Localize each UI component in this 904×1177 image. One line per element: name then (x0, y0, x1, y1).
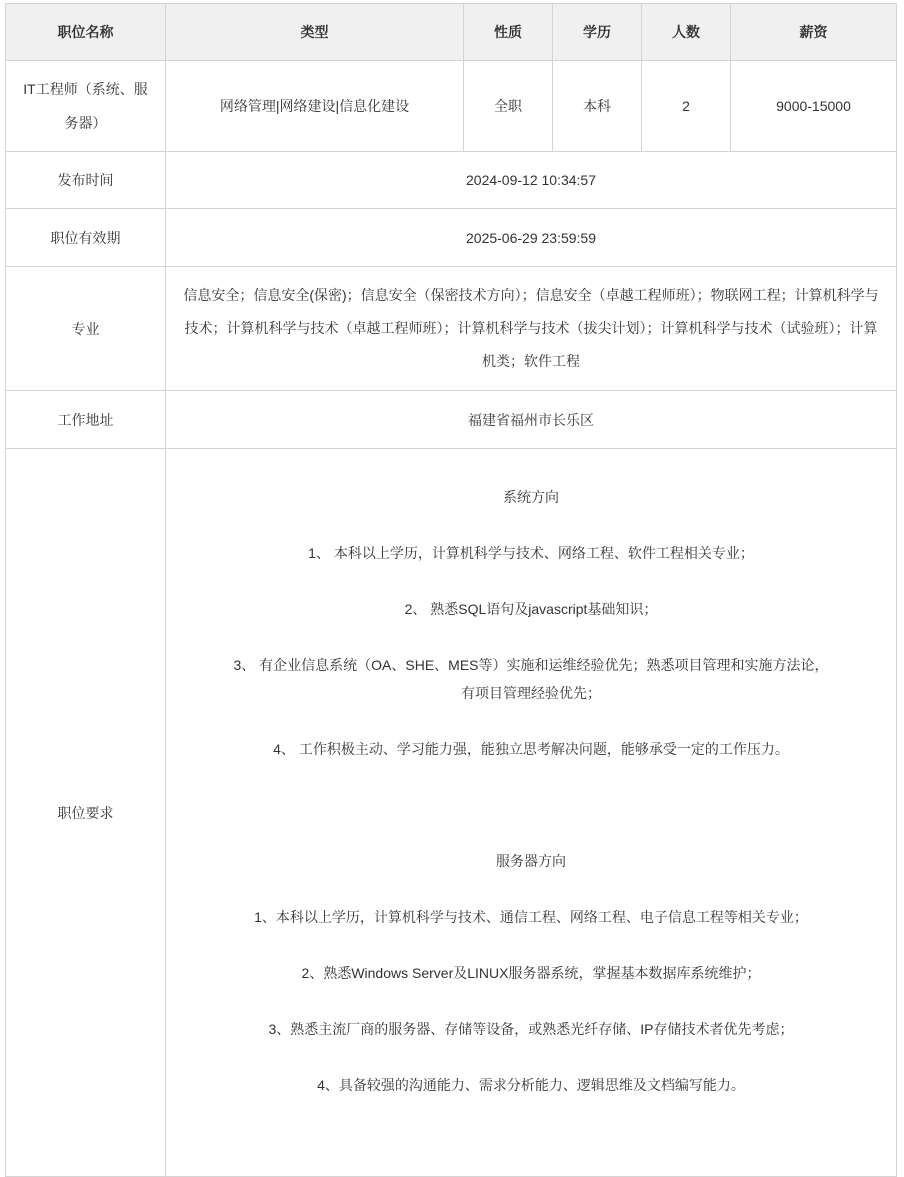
list-item: 1、 本科以上学历，计算机科学与技术、网络工程、软件工程相关专业； (178, 539, 884, 567)
list-item: 3、 有企业信息系统（OA、SHE、MES等）实施和运维经验优先；熟悉项目管理和… (178, 651, 884, 707)
valid-until-row: 职位有效期 2025-06-29 23:59:59 (6, 209, 897, 267)
requirements-section-system: 系统方向 1、 本科以上学历，计算机科学与技术、网络工程、软件工程相关专业； 2… (178, 483, 884, 763)
job-type-cell: 网络管理|网络建设|信息化建设 (166, 61, 464, 152)
header-job-title: 职位名称 (6, 4, 166, 61)
publish-time-row: 发布时间 2024-09-12 10:34:57 (6, 152, 897, 209)
header-salary: 薪资 (731, 4, 897, 61)
header-education: 学历 (553, 4, 642, 61)
list-item: 1、本科以上学历，计算机科学与技术、通信工程、网络工程、电子信息工程等相关专业； (178, 903, 884, 931)
valid-until-value: 2025-06-29 23:59:59 (166, 209, 897, 267)
job-education-cell: 本科 (553, 61, 642, 152)
job-detail-table: 职位名称 类型 性质 学历 人数 薪资 IT工程师（系统、服务器） 网络管理|网… (5, 3, 897, 1125)
header-headcount: 人数 (642, 4, 731, 61)
list-item: 3、熟悉主流厂商的服务器、存储等设备，或熟悉光纤存储、IP存储技术者优先考虑； (178, 1015, 884, 1043)
job-salary-cell: 9000-15000 (731, 61, 897, 152)
requirements-label-cell: 职位要求 (6, 449, 166, 1126)
major-row: 专业 信息安全；信息安全(保密)；信息安全（保密技术方向）；信息安全（卓越工程师… (6, 267, 897, 391)
valid-until-label: 职位有效期 (6, 209, 166, 267)
table-header-row: 职位名称 类型 性质 学历 人数 薪资 (6, 4, 897, 61)
list-item: 4、具备较强的沟通能力、需求分析能力、逻辑思维及文档编写能力。 (178, 1071, 884, 1099)
job-summary-row: IT工程师（系统、服务器） 网络管理|网络建设|信息化建设 全职 本科 2 90… (6, 61, 897, 152)
header-nature: 性质 (464, 4, 553, 61)
location-row: 工作地址 福建省福州市长乐区 (6, 391, 897, 449)
major-value: 信息安全；信息安全(保密)；信息安全（保密技术方向）；信息安全（卓越工程师班）；… (166, 267, 897, 391)
publish-time-label: 发布时间 (6, 152, 166, 209)
location-value: 福建省福州市长乐区 (166, 391, 897, 449)
job-title-cell: IT工程师（系统、服务器） (6, 61, 166, 152)
job-detail-container: 职位名称 类型 性质 学历 人数 薪资 IT工程师（系统、服务器） 网络管理|网… (5, 3, 896, 1125)
list-item: 4、 工作积极主动、学习能力强，能独立思考解决问题，能够承受一定的工作压力。 (178, 735, 884, 763)
list-item: 2、熟悉Windows Server及LINUX服务器系统，掌握基本数据库系统维… (178, 959, 884, 987)
job-headcount-cell: 2 (642, 61, 731, 152)
publish-time-value: 2024-09-12 10:34:57 (166, 152, 897, 209)
requirements-section-server: 服务器方向 1、本科以上学历，计算机科学与技术、通信工程、网络工程、电子信息工程… (178, 847, 884, 1099)
section-title: 系统方向 (178, 483, 884, 511)
requirements-content: 系统方向 1、 本科以上学历，计算机科学与技术、网络工程、软件工程相关专业； 2… (166, 449, 897, 1126)
requirements-row: 职位要求 系统方向 1、 本科以上学历，计算机科学与技术、网络工程、软件工程相关… (6, 449, 897, 1126)
job-nature-cell: 全职 (464, 61, 553, 152)
major-label: 专业 (6, 267, 166, 391)
requirements-label: 职位要求 (58, 796, 114, 830)
location-label: 工作地址 (6, 391, 166, 449)
section-title: 服务器方向 (178, 847, 884, 875)
header-type: 类型 (166, 4, 464, 61)
list-item: 2、 熟悉SQL语句及javascript基础知识； (178, 595, 884, 623)
